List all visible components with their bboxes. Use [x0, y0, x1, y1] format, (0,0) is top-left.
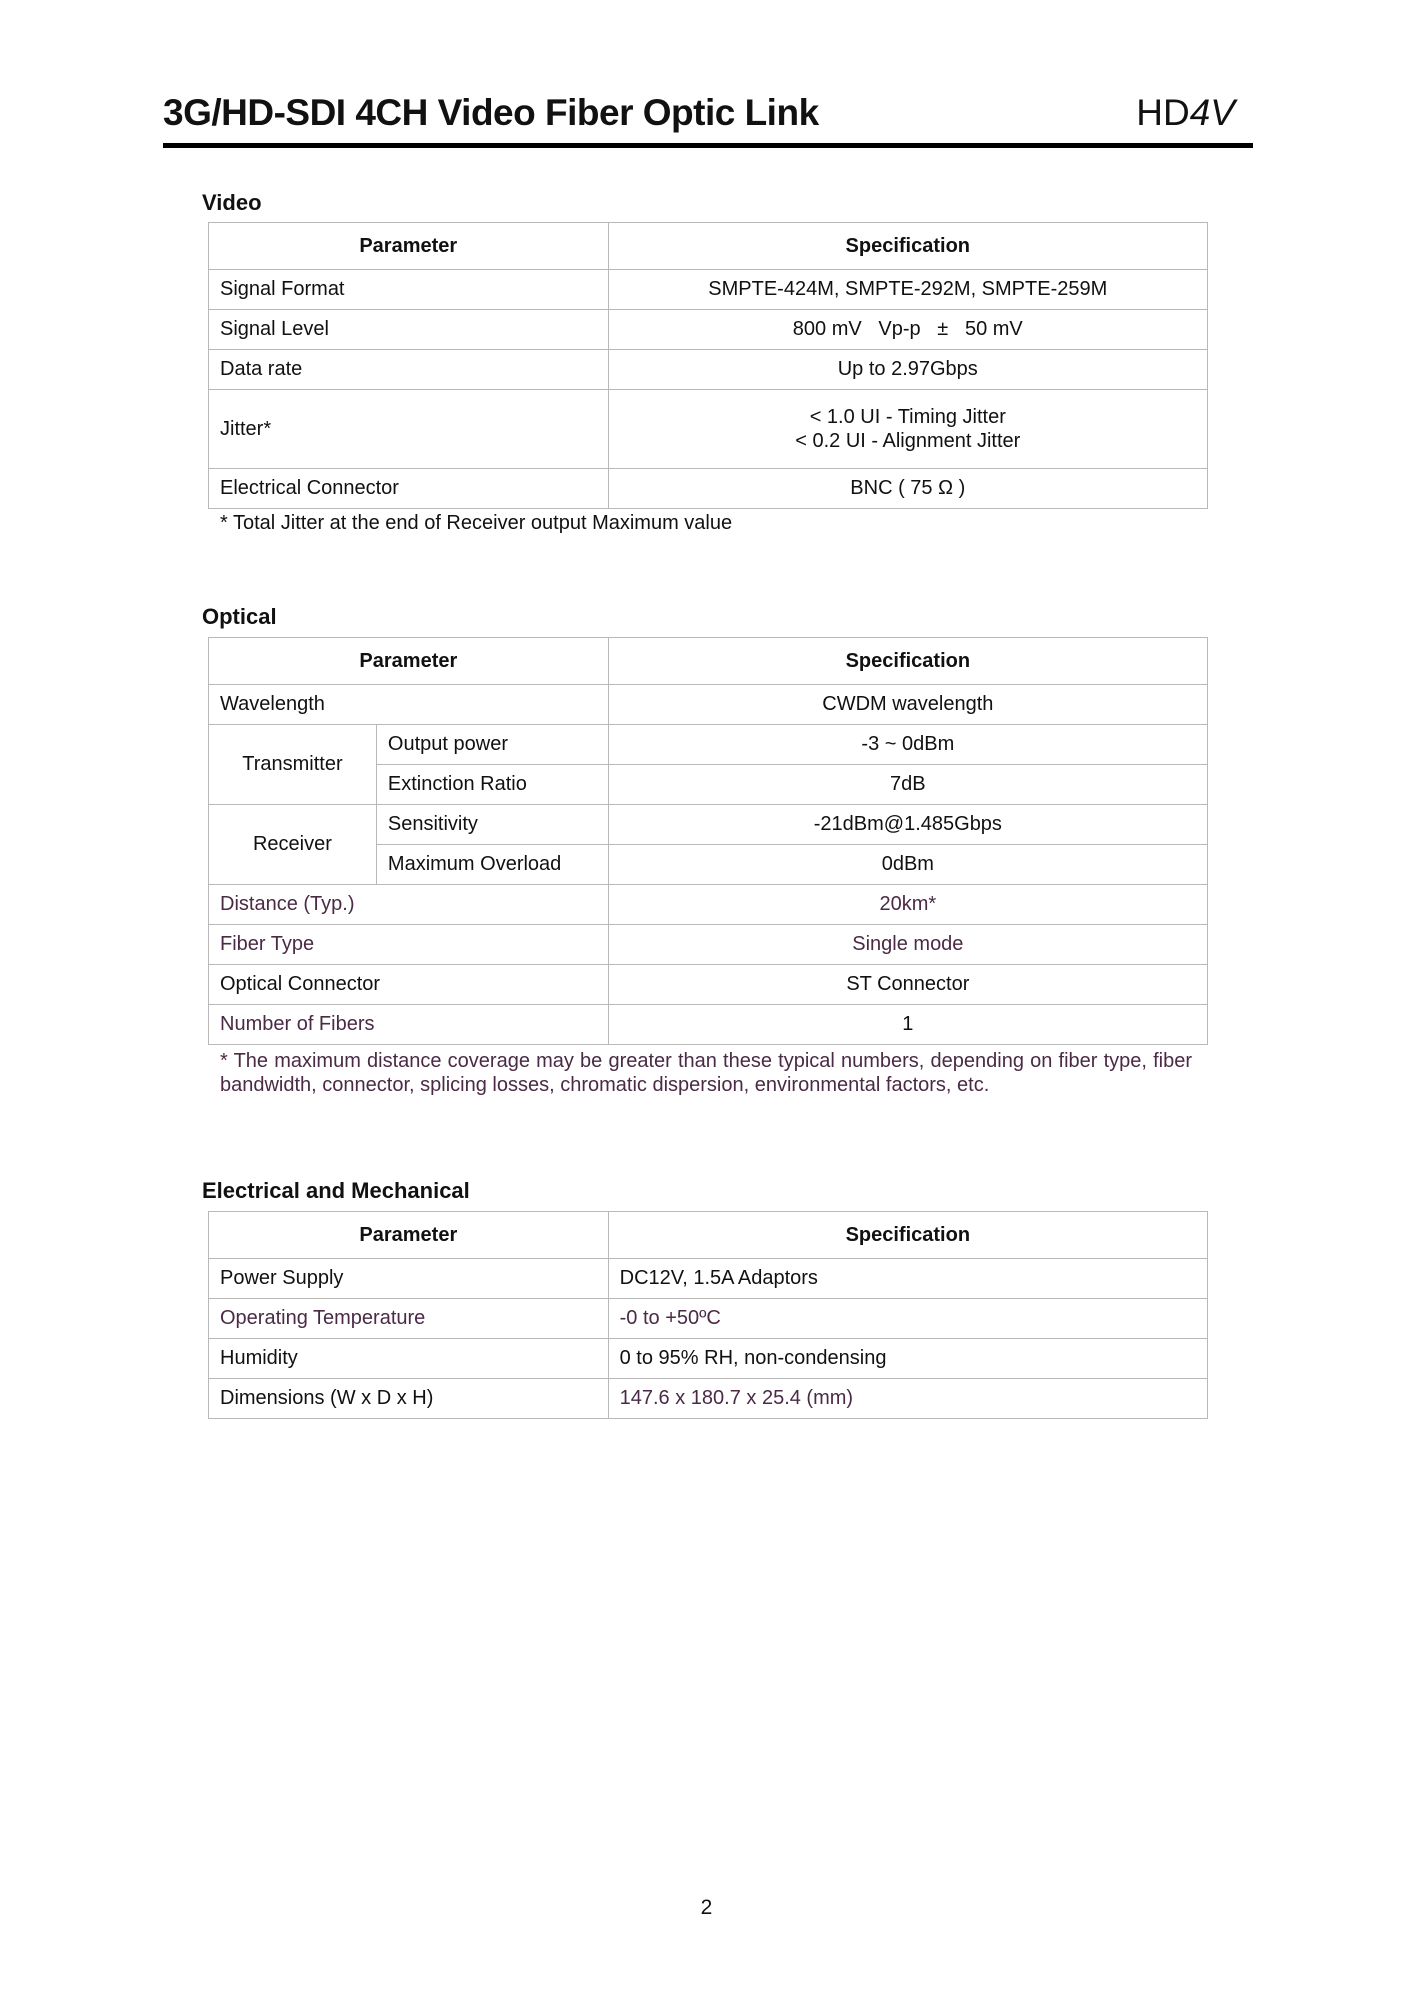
- column-header-parameter: Parameter: [209, 223, 609, 270]
- column-header-specification: Specification: [608, 1212, 1207, 1259]
- param-cell: Wavelength: [209, 685, 609, 725]
- table-row: Signal Format SMPTE-424M, SMPTE-292M, SM…: [209, 270, 1208, 310]
- param-cell: Dimensions (W x D x H): [209, 1379, 609, 1419]
- param-cell: Data rate: [209, 350, 609, 390]
- table-header-row: Parameter Specification: [209, 1212, 1208, 1259]
- column-header-specification: Specification: [608, 223, 1207, 270]
- param-cell: Humidity: [209, 1339, 609, 1379]
- video-footnote: * Total Jitter at the end of Receiver ou…: [220, 511, 732, 535]
- spec-cell: BNC ( 75 Ω ): [608, 469, 1207, 509]
- spec-line: < 1.0 UI - Timing Jitter: [620, 405, 1196, 429]
- param-cell: Number of Fibers: [209, 1005, 609, 1045]
- spec-cell: 1: [608, 1005, 1207, 1045]
- spec-cell: 147.6 x 180.7 x 25.4 (mm): [608, 1379, 1207, 1419]
- table-row: Fiber Type Single mode: [209, 925, 1208, 965]
- document-title: 3G/HD-SDI 4CH Video Fiber Optic Link: [163, 92, 819, 134]
- table-row: Receiver Sensitivity -21dBm@1.485Gbps: [209, 805, 1208, 845]
- model-prefix: HD: [1136, 92, 1189, 133]
- table-row: Signal Level 800 mV Vp-p ± 50 mV: [209, 310, 1208, 350]
- spec-cell: < 1.0 UI - Timing Jitter < 0.2 UI - Alig…: [608, 390, 1207, 469]
- spec-cell: CWDM wavelength: [608, 685, 1207, 725]
- column-header-parameter: Parameter: [209, 1212, 609, 1259]
- spec-cell: DC12V, 1.5A Adaptors: [608, 1259, 1207, 1299]
- table-row: Data rate Up to 2.97Gbps: [209, 350, 1208, 390]
- column-header-parameter: Parameter: [209, 638, 609, 685]
- param-cell: Optical Connector: [209, 965, 609, 1005]
- table-row: Dimensions (W x D x H) 147.6 x 180.7 x 2…: [209, 1379, 1208, 1419]
- spec-cell: 7dB: [608, 765, 1207, 805]
- table-row: Optical Connector ST Connector: [209, 965, 1208, 1005]
- spec-cell: 0dBm: [608, 845, 1207, 885]
- model-name: HD4V: [1136, 92, 1235, 134]
- table-row: Transmitter Output power -3 ~ 0dBm: [209, 725, 1208, 765]
- spec-cell: 0 to 95% RH, non-condensing: [608, 1339, 1207, 1379]
- spec-cell: -3 ~ 0dBm: [608, 725, 1207, 765]
- param-cell: Sensitivity: [376, 805, 608, 845]
- table-row: Wavelength CWDM wavelength: [209, 685, 1208, 725]
- param-cell: Power Supply: [209, 1259, 609, 1299]
- electrical-table: Parameter Specification Power Supply DC1…: [208, 1211, 1208, 1419]
- optical-footnote: * The maximum distance coverage may be g…: [220, 1049, 1192, 1097]
- spec-line: < 0.2 UI - Alignment Jitter: [620, 429, 1196, 453]
- table-row: Electrical Connector BNC ( 75 Ω ): [209, 469, 1208, 509]
- param-cell: Maximum Overload: [376, 845, 608, 885]
- param-cell: Output power: [376, 725, 608, 765]
- optical-table: Parameter Specification Wavelength CWDM …: [208, 637, 1208, 1045]
- param-cell: Fiber Type: [209, 925, 609, 965]
- spec-cell: SMPTE-424M, SMPTE-292M, SMPTE-259M: [608, 270, 1207, 310]
- param-cell: Extinction Ratio: [376, 765, 608, 805]
- spec-cell: -21dBm@1.485Gbps: [608, 805, 1207, 845]
- column-header-specification: Specification: [608, 638, 1207, 685]
- spec-cell: Single mode: [608, 925, 1207, 965]
- section-title-electrical: Electrical and Mechanical: [202, 1178, 470, 1204]
- table-header-row: Parameter Specification: [209, 638, 1208, 685]
- spec-cell: 800 mV Vp-p ± 50 mV: [608, 310, 1207, 350]
- param-cell: Signal Level: [209, 310, 609, 350]
- spec-cell: -0 to +50ºC: [608, 1299, 1207, 1339]
- table-header-row: Parameter Specification: [209, 223, 1208, 270]
- param-cell: Signal Format: [209, 270, 609, 310]
- group-cell-transmitter: Transmitter: [209, 725, 377, 805]
- header-rule: [163, 143, 1253, 148]
- group-cell-receiver: Receiver: [209, 805, 377, 885]
- spec-cell: Up to 2.97Gbps: [608, 350, 1207, 390]
- table-row: Humidity 0 to 95% RH, non-condensing: [209, 1339, 1208, 1379]
- param-cell: Operating Temperature: [209, 1299, 609, 1339]
- section-title-optical: Optical: [202, 604, 277, 630]
- page-number: 2: [0, 1896, 1413, 1920]
- table-row: Power Supply DC12V, 1.5A Adaptors: [209, 1259, 1208, 1299]
- model-suffix: 4V: [1190, 92, 1235, 133]
- video-table: Parameter Specification Signal Format SM…: [208, 222, 1208, 509]
- table-row: Operating Temperature -0 to +50ºC: [209, 1299, 1208, 1339]
- param-cell: Distance (Typ.): [209, 885, 609, 925]
- param-cell: Jitter*: [209, 390, 609, 469]
- table-row: Distance (Typ.) 20km*: [209, 885, 1208, 925]
- param-cell: Electrical Connector: [209, 469, 609, 509]
- page-header: 3G/HD-SDI 4CH Video Fiber Optic Link HD4…: [163, 92, 1253, 142]
- spec-cell: ST Connector: [608, 965, 1207, 1005]
- section-title-video: Video: [202, 190, 262, 216]
- table-row: Number of Fibers 1: [209, 1005, 1208, 1045]
- table-row: Jitter* < 1.0 UI - Timing Jitter < 0.2 U…: [209, 390, 1208, 469]
- spec-cell: 20km*: [608, 885, 1207, 925]
